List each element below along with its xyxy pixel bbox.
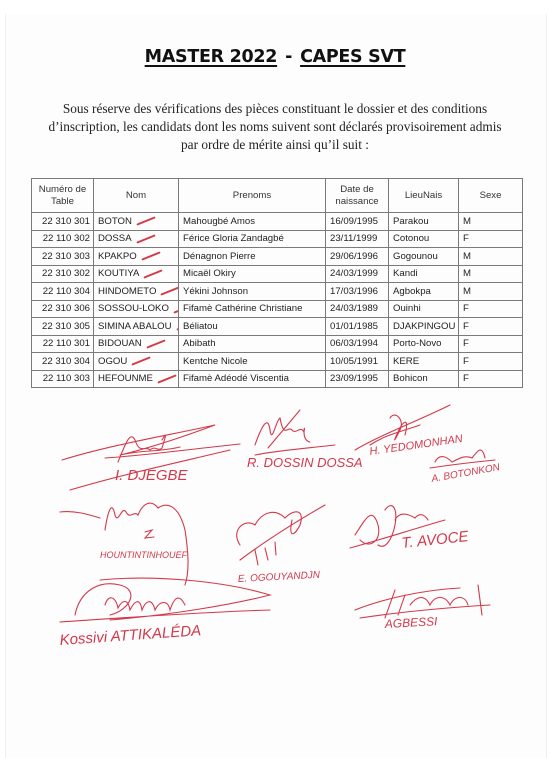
cell-nom-text: BOTON bbox=[98, 216, 132, 227]
cell-prenoms: Férice Gloria Zandagbé bbox=[179, 230, 326, 248]
cell-nom: KOUTIYA bbox=[94, 265, 179, 283]
cell-date: 06/03/1994 bbox=[326, 335, 389, 353]
cell-sexe: F bbox=[459, 335, 523, 353]
cell-numero-text: 22 310 304 bbox=[42, 356, 90, 367]
cell-sexe-text: F bbox=[463, 303, 469, 314]
cell-lieu-text: Bohicon bbox=[393, 373, 428, 384]
table-row: 22 110 303HEFOUNMEFifamè Adéodé Viscenti… bbox=[32, 370, 523, 388]
cell-numero-text: 22 310 306 bbox=[42, 303, 90, 314]
cell-numero-text: 22 310 303 bbox=[42, 251, 90, 262]
cell-date: 24/03/1989 bbox=[326, 300, 389, 318]
cell-sexe: F bbox=[459, 300, 523, 318]
cell-date: 01/01/1985 bbox=[326, 318, 389, 336]
cell-sexe: F bbox=[459, 230, 523, 248]
table-row: 22 110 304HINDOMETOYékini Johnson17/03/1… bbox=[32, 283, 523, 301]
cell-lieu-text: Cotonou bbox=[393, 233, 429, 244]
table-row: 22 110 301BIDOUANAbibath06/03/1994Porto-… bbox=[32, 335, 523, 353]
header-sexe: Sexe bbox=[459, 179, 523, 213]
cell-numero-text: 22 110 302 bbox=[43, 233, 90, 244]
cell-numero: 22 310 304 bbox=[32, 353, 94, 371]
signature-name: I. DJEGBE bbox=[115, 467, 189, 484]
cell-lieu: Porto-Novo bbox=[389, 335, 459, 353]
cell-numero: 22 110 302 bbox=[32, 230, 94, 248]
cell-nom: KPAKPO bbox=[94, 248, 179, 266]
table-row: 22 310 304OGOUKentche Nicole10/05/1991KE… bbox=[32, 353, 523, 371]
signature-ogouyandjn: E. OGOUYANDJN bbox=[237, 505, 325, 585]
cell-nom-text: SIMINA ABALOU bbox=[98, 321, 172, 332]
cell-prenoms: Mahougbé Amos bbox=[179, 213, 326, 231]
cell-prenoms: Dénagnon Pierre bbox=[179, 248, 326, 266]
cell-date: 23/11/1999 bbox=[326, 230, 389, 248]
title-exam: CAPES SVT bbox=[300, 47, 405, 67]
cell-nom-text: HINDOMETO bbox=[98, 286, 156, 297]
cell-prenoms-text: Kentche Nicole bbox=[183, 356, 248, 367]
cell-prenoms-text: Dénagnon Pierre bbox=[183, 251, 256, 262]
cell-nom: SOSSOU-LOKO bbox=[94, 300, 179, 318]
cell-date-text: 06/03/1994 bbox=[330, 338, 378, 349]
cell-lieu: Ouinhi bbox=[389, 300, 459, 318]
cell-sexe-text: F bbox=[463, 373, 469, 384]
cell-nom: HINDOMETO bbox=[94, 283, 179, 301]
cell-date-text: 29/06/1996 bbox=[330, 251, 378, 262]
checkmark-stroke-icon bbox=[161, 287, 179, 296]
cell-numero: 22 110 301 bbox=[32, 335, 94, 353]
cell-date: 10/05/1991 bbox=[326, 353, 389, 371]
cell-date: 23/09/1995 bbox=[326, 370, 389, 388]
cell-numero: 22 310 305 bbox=[32, 318, 94, 336]
cell-nom-text: SOSSOU-LOKO bbox=[98, 303, 169, 314]
signature-avoce: T. AVOCE bbox=[350, 506, 470, 552]
cell-lieu-text: Ouinhi bbox=[393, 303, 421, 314]
header-lieu: LieuNais bbox=[389, 179, 459, 213]
table-row: 22 310 306SOSSOU-LOKOFifamè Cathérine Ch… bbox=[32, 300, 523, 318]
cell-lieu-text: Parakou bbox=[393, 216, 429, 227]
checkmark-stroke-icon bbox=[136, 234, 155, 243]
checkmark-stroke-icon bbox=[173, 304, 178, 313]
cell-numero-text: 22 110 304 bbox=[43, 286, 90, 297]
cell-prenoms-text: Abibath bbox=[183, 338, 216, 349]
cell-sexe: M bbox=[459, 283, 523, 301]
table-row: 22 110 302DOSSAFérice Gloria Zandagbé23/… bbox=[32, 230, 523, 248]
checkmark-stroke-icon bbox=[132, 357, 151, 366]
cell-prenoms: Fifamè Adéodé Viscentia bbox=[179, 370, 326, 388]
cell-lieu-text: Porto-Novo bbox=[393, 338, 442, 349]
signature-name: HOUNTINTINHOUEF bbox=[100, 550, 187, 560]
cell-date: 16/09/1995 bbox=[326, 213, 389, 231]
cell-numero: 22 310 302 bbox=[32, 265, 94, 283]
checkmark-stroke-icon bbox=[141, 252, 160, 261]
cell-sexe: M bbox=[459, 265, 523, 283]
header-nom: Nom bbox=[94, 179, 179, 213]
cell-sexe-text: M bbox=[463, 216, 471, 227]
cell-lieu: Parakou bbox=[389, 213, 459, 231]
signature-attikaleda: Kossivi ATTIKALÉDA bbox=[59, 578, 270, 649]
cell-nom: DOSSA bbox=[94, 230, 179, 248]
cell-date-text: 10/05/1991 bbox=[330, 356, 378, 367]
cell-sexe-text: F bbox=[463, 338, 469, 349]
header-date: Date de naissance bbox=[326, 179, 389, 213]
cell-date-text: 23/11/1999 bbox=[330, 233, 377, 244]
cell-nom-text: KPAKPO bbox=[98, 251, 137, 262]
cell-sexe: M bbox=[459, 248, 523, 266]
cell-sexe-text: M bbox=[463, 268, 471, 279]
intro-paragraph: Sous réserve des vérifications des pièce… bbox=[40, 100, 510, 154]
signature-name: E. OGOUYANDJN bbox=[238, 570, 321, 585]
cell-date-text: 17/03/1996 bbox=[330, 286, 378, 297]
signature-djegbe: I. DJEGBE bbox=[62, 425, 240, 490]
cell-prenoms-text: Mahougbé Amos bbox=[183, 216, 255, 227]
checkmark-stroke-icon bbox=[136, 217, 155, 226]
cell-lieu: DJAKPINGOU bbox=[389, 318, 459, 336]
cell-numero-text: 22 110 301 bbox=[43, 338, 90, 349]
cell-lieu-text: DJAKPINGOU bbox=[393, 321, 455, 332]
signature-botonkon: A. BOTONKON bbox=[430, 450, 502, 485]
table-row: 22 310 305SIMINA ABALOUBéliatou01/01/198… bbox=[32, 318, 523, 336]
signature-dossa: R. DOSSIN DOSSA bbox=[247, 410, 363, 470]
cell-prenoms: Abibath bbox=[179, 335, 326, 353]
signature-hountintinhouef: HOUNTINTINHOUEF bbox=[60, 503, 188, 585]
cell-nom: BIDOUAN bbox=[94, 335, 179, 353]
cell-lieu-text: Kandi bbox=[393, 268, 418, 279]
cell-numero: 22 310 306 bbox=[32, 300, 94, 318]
cell-nom-text: KOUTIYA bbox=[98, 268, 139, 279]
cell-sexe: F bbox=[459, 353, 523, 371]
cell-sexe: M bbox=[459, 213, 523, 231]
signatures-area: I. DJEGBE R. DOSSIN DOSSA H. YEDOMONHAN … bbox=[0, 400, 550, 700]
checkmark-stroke-icon bbox=[144, 269, 163, 278]
cell-date-text: 23/09/1995 bbox=[330, 373, 378, 384]
cell-prenoms: Micaël Okiry bbox=[179, 265, 326, 283]
cell-lieu-text: KERE bbox=[393, 356, 419, 367]
cell-lieu: KERE bbox=[389, 353, 459, 371]
cell-nom-text: HEFOUNME bbox=[98, 373, 153, 384]
cell-numero-text: 22 310 302 bbox=[42, 268, 90, 279]
cell-numero-text: 22 310 301 bbox=[42, 216, 90, 227]
cell-numero: 22 310 301 bbox=[32, 213, 94, 231]
header-prenoms: Prenoms bbox=[179, 179, 326, 213]
table-row: 22 310 302KOUTIYAMicaël Okiry24/03/1999K… bbox=[32, 265, 523, 283]
cell-sexe: F bbox=[459, 318, 523, 336]
cell-nom-text: OGOU bbox=[98, 356, 127, 367]
signature-name: AGBESSI bbox=[383, 614, 438, 631]
cell-nom: HEFOUNME bbox=[94, 370, 179, 388]
cell-numero: 22 310 303 bbox=[32, 248, 94, 266]
cell-sexe: F bbox=[459, 370, 523, 388]
cell-prenoms-text: Béliatou bbox=[183, 321, 218, 332]
cell-prenoms-text: Micaël Okiry bbox=[183, 268, 236, 279]
signature-name: A. BOTONKON bbox=[430, 462, 502, 485]
title-program: MASTER 2022 bbox=[145, 47, 277, 67]
cell-prenoms: Kentche Nicole bbox=[179, 353, 326, 371]
cell-numero: 22 110 304 bbox=[32, 283, 94, 301]
table-row: 22 310 301BOTONMahougbé Amos16/09/1995Pa… bbox=[32, 213, 523, 231]
cell-sexe-text: M bbox=[463, 251, 471, 262]
cell-prenoms-text: Férice Gloria Zandagbé bbox=[183, 233, 284, 244]
signature-name: T. AVOCE bbox=[401, 528, 471, 552]
signature-name: Kossivi ATTIKALÉDA bbox=[59, 622, 202, 649]
cell-date: 24/03/1999 bbox=[326, 265, 389, 283]
cell-nom: OGOU bbox=[94, 353, 179, 371]
cell-date: 17/03/1996 bbox=[326, 283, 389, 301]
title-separator: - bbox=[285, 47, 292, 67]
cell-prenoms-text: Yékini Johnson bbox=[183, 286, 248, 297]
cell-nom-text: DOSSA bbox=[98, 233, 132, 244]
cell-lieu: Bohicon bbox=[389, 370, 459, 388]
table-body: 22 310 301BOTONMahougbé Amos16/09/1995Pa… bbox=[32, 213, 523, 388]
checkmark-stroke-icon bbox=[146, 339, 165, 348]
table-row: 22 310 303KPAKPODénagnon Pierre29/06/199… bbox=[32, 248, 523, 266]
cell-date-text: 16/09/1995 bbox=[330, 216, 378, 227]
signature-yedomonhan: H. YEDOMONHAN bbox=[355, 405, 463, 458]
cell-date-text: 24/03/1999 bbox=[330, 268, 378, 279]
signature-agbessi: AGBESSI bbox=[355, 585, 490, 631]
cell-nom: SIMINA ABALOU bbox=[94, 318, 179, 336]
cell-prenoms: Fifamè Cathérine Christiane bbox=[179, 300, 326, 318]
signature-name: H. YEDOMONHAN bbox=[369, 433, 464, 458]
header-numero: Numéro de Table bbox=[32, 179, 94, 213]
cell-sexe-text: M bbox=[463, 286, 471, 297]
cell-lieu: Agbokpa bbox=[389, 283, 459, 301]
cell-prenoms-text: Fifamè Cathérine Christiane bbox=[183, 303, 302, 314]
signature-name: R. DOSSIN DOSSA bbox=[247, 455, 363, 470]
cell-nom: BOTON bbox=[94, 213, 179, 231]
cell-sexe-text: F bbox=[463, 356, 469, 367]
cell-lieu: Kandi bbox=[389, 265, 459, 283]
cell-numero-text: 22 310 305 bbox=[42, 321, 90, 332]
cell-prenoms: Yékini Johnson bbox=[179, 283, 326, 301]
cell-prenoms: Béliatou bbox=[179, 318, 326, 336]
cell-date: 29/06/1996 bbox=[326, 248, 389, 266]
cell-lieu: Gogounou bbox=[389, 248, 459, 266]
cell-numero: 22 110 303 bbox=[32, 370, 94, 388]
page-title: MASTER 2022-CAPES SVT bbox=[0, 47, 550, 67]
cell-sexe-text: F bbox=[463, 321, 469, 332]
cell-lieu-text: Gogounou bbox=[393, 251, 438, 262]
cell-nom-text: BIDOUAN bbox=[98, 338, 142, 349]
table-header-row: Numéro de Table Nom Prenoms Date de nais… bbox=[32, 179, 523, 213]
cell-lieu: Cotonou bbox=[389, 230, 459, 248]
cell-prenoms-text: Fifamè Adéodé Viscentia bbox=[183, 373, 289, 384]
cell-sexe-text: F bbox=[463, 233, 469, 244]
checkmark-stroke-icon bbox=[157, 374, 176, 383]
cell-lieu-text: Agbokpa bbox=[393, 286, 431, 297]
results-table: Numéro de Table Nom Prenoms Date de nais… bbox=[31, 178, 523, 388]
cell-numero-text: 22 110 303 bbox=[43, 373, 90, 384]
cell-date-text: 01/01/1985 bbox=[330, 321, 378, 332]
cell-date-text: 24/03/1989 bbox=[330, 303, 378, 314]
